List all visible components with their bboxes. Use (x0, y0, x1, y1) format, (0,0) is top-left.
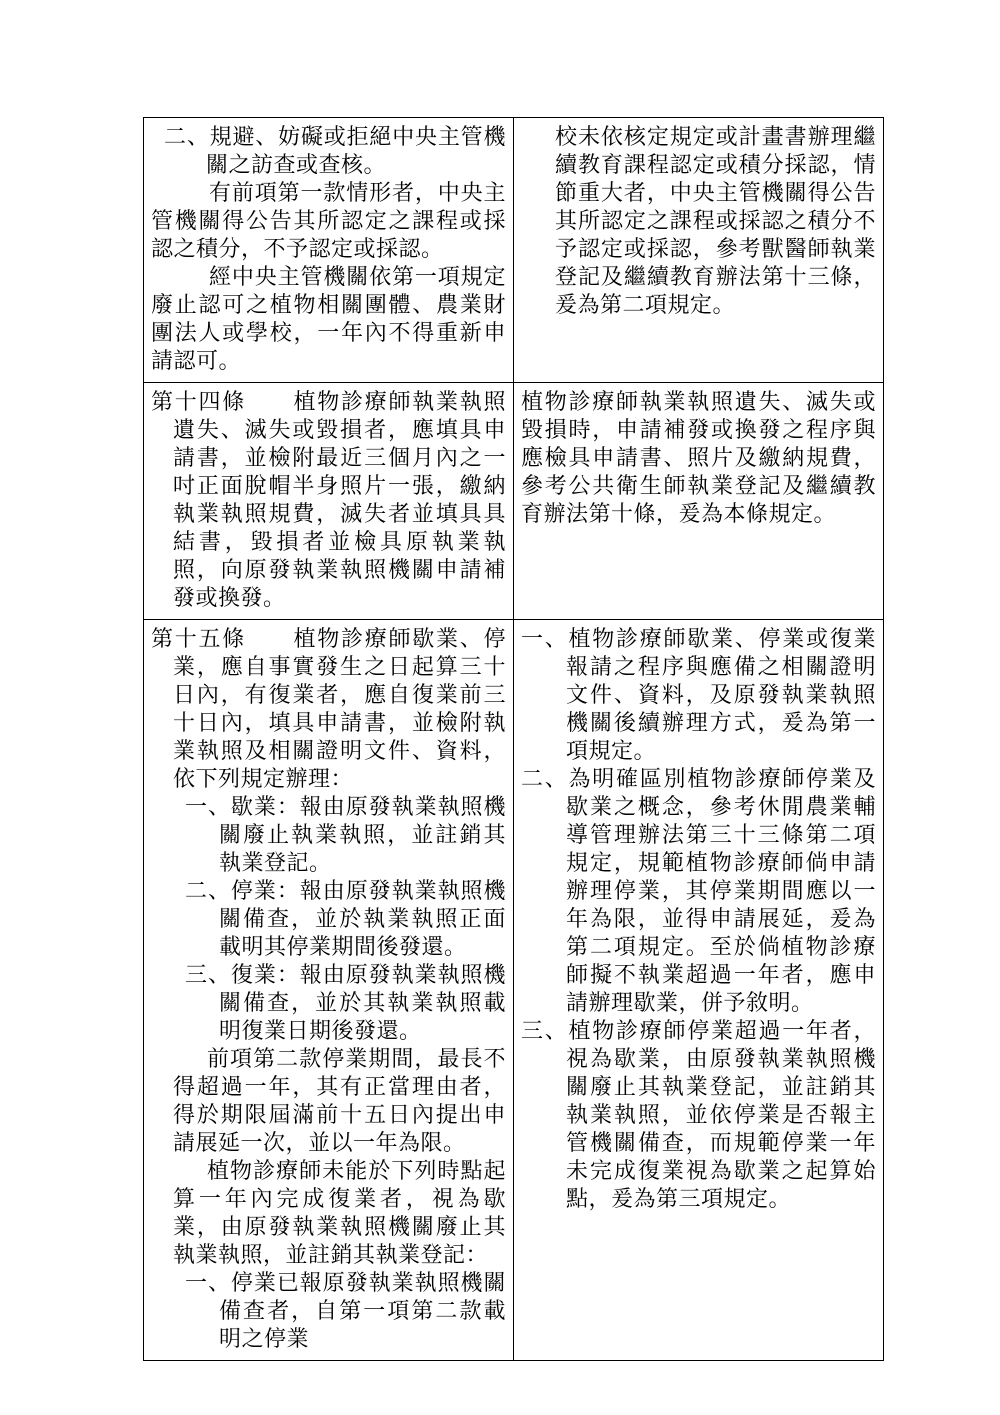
explanation-paragraph: 二、為明確區別植物診療師停業及歇業之概念，參考休閒農業輔導管理辦法第三十三條第二… (521, 766, 876, 1018)
article-paragraph: 第十四條 植物診療師執業執照遺失、滅失或毀損者，應填具申請書，並檢附最近三個月內… (151, 389, 506, 613)
article-paragraph: 三、復業：報由原發執業執照機關備查，並於其執業執照載明復業日期後發還。 (151, 962, 506, 1046)
article-paragraph: 一、停業已報原發執業執照機關備查者，自第一項第二款載明之停業 (151, 1270, 506, 1354)
document-page: 二、規避、妨礙或拒絕中央主管機關之訪查或查核。有前項第一款情形者，中央主管機關得… (0, 0, 1000, 1415)
article-paragraph: 植物診療師未能於下列時點起算一年內完成復業者，視為歇業，由原發執業執照機關廢止其… (151, 1158, 506, 1270)
explanation-paragraph: 三、植物診療師停業超過一年者，視為歇業，由原發執業執照機關廢止其執業登記，並註銷… (521, 1018, 876, 1214)
table-row: 第十五條 植物診療師歇業、停業，應自事實發生之日起算三十日內，有復業者，應自復業… (144, 620, 884, 1361)
table-row: 二、規避、妨礙或拒絕中央主管機關之訪查或查核。有前項第一款情形者，中央主管機關得… (144, 118, 884, 383)
article-cell: 第十四條 植物診療師執業執照遺失、滅失或毀損者，應填具申請書，並檢附最近三個月內… (144, 383, 514, 620)
table-row: 第十四條 植物診療師執業執照遺失、滅失或毀損者，應填具申請書，並檢附最近三個月內… (144, 383, 884, 620)
law-table-body: 二、規避、妨礙或拒絕中央主管機關之訪查或查核。有前項第一款情形者，中央主管機關得… (144, 118, 884, 1361)
explanation-cell: 一、植物診療師歇業、停業或復業報請之程序與應備之相關證明文件、資料，及原發執業執… (514, 620, 884, 1361)
article-paragraph: 前項第二款停業期間，最長不得超過一年，其有正當理由者，得於期限屆滿前十五日內提出… (151, 1046, 506, 1158)
explanation-paragraph: 校未依核定規定或計畫書辦理繼續教育課程認定或積分採認，情節重大者，中央主管機關得… (521, 124, 876, 320)
article-paragraph: 二、停業：報由原發執業執照機關備查，並於執業執照正面載明其停業期間後發還。 (151, 878, 506, 962)
article-paragraph: 第十五條 植物診療師歇業、停業，應自事實發生之日起算三十日內，有復業者，應自復業… (151, 626, 506, 794)
article-paragraph: 有前項第一款情形者，中央主管機關得公告其所認定之課程或採認之積分，不予認定或採認… (151, 180, 506, 264)
article-cell: 第十五條 植物診療師歇業、停業，應自事實發生之日起算三十日內，有復業者，應自復業… (144, 620, 514, 1361)
article-paragraph: 一、歇業：報由原發執業執照機關廢止執業執照，並註銷其執業登記。 (151, 794, 506, 878)
article-paragraph: 二、規避、妨礙或拒絕中央主管機關之訪查或查核。 (151, 124, 506, 180)
explanation-paragraph: 一、植物診療師歇業、停業或復業報請之程序與應備之相關證明文件、資料，及原發執業執… (521, 626, 876, 766)
law-comparison-table: 二、規避、妨礙或拒絕中央主管機關之訪查或查核。有前項第一款情形者，中央主管機關得… (143, 117, 884, 1361)
explanation-cell: 植物診療師執業執照遺失、滅失或毀損時，申請補發或換發之程序與應檢具申請書、照片及… (514, 383, 884, 620)
article-paragraph: 經中央主管機關依第一項規定廢止認可之植物相關團體、農業財團法人或學校，一年內不得… (151, 264, 506, 376)
article-cell: 二、規避、妨礙或拒絕中央主管機關之訪查或查核。有前項第一款情形者，中央主管機關得… (144, 118, 514, 383)
explanation-cell: 校未依核定規定或計畫書辦理繼續教育課程認定或積分採認，情節重大者，中央主管機關得… (514, 118, 884, 383)
explanation-paragraph: 植物診療師執業執照遺失、滅失或毀損時，申請補發或換發之程序與應檢具申請書、照片及… (521, 389, 876, 529)
